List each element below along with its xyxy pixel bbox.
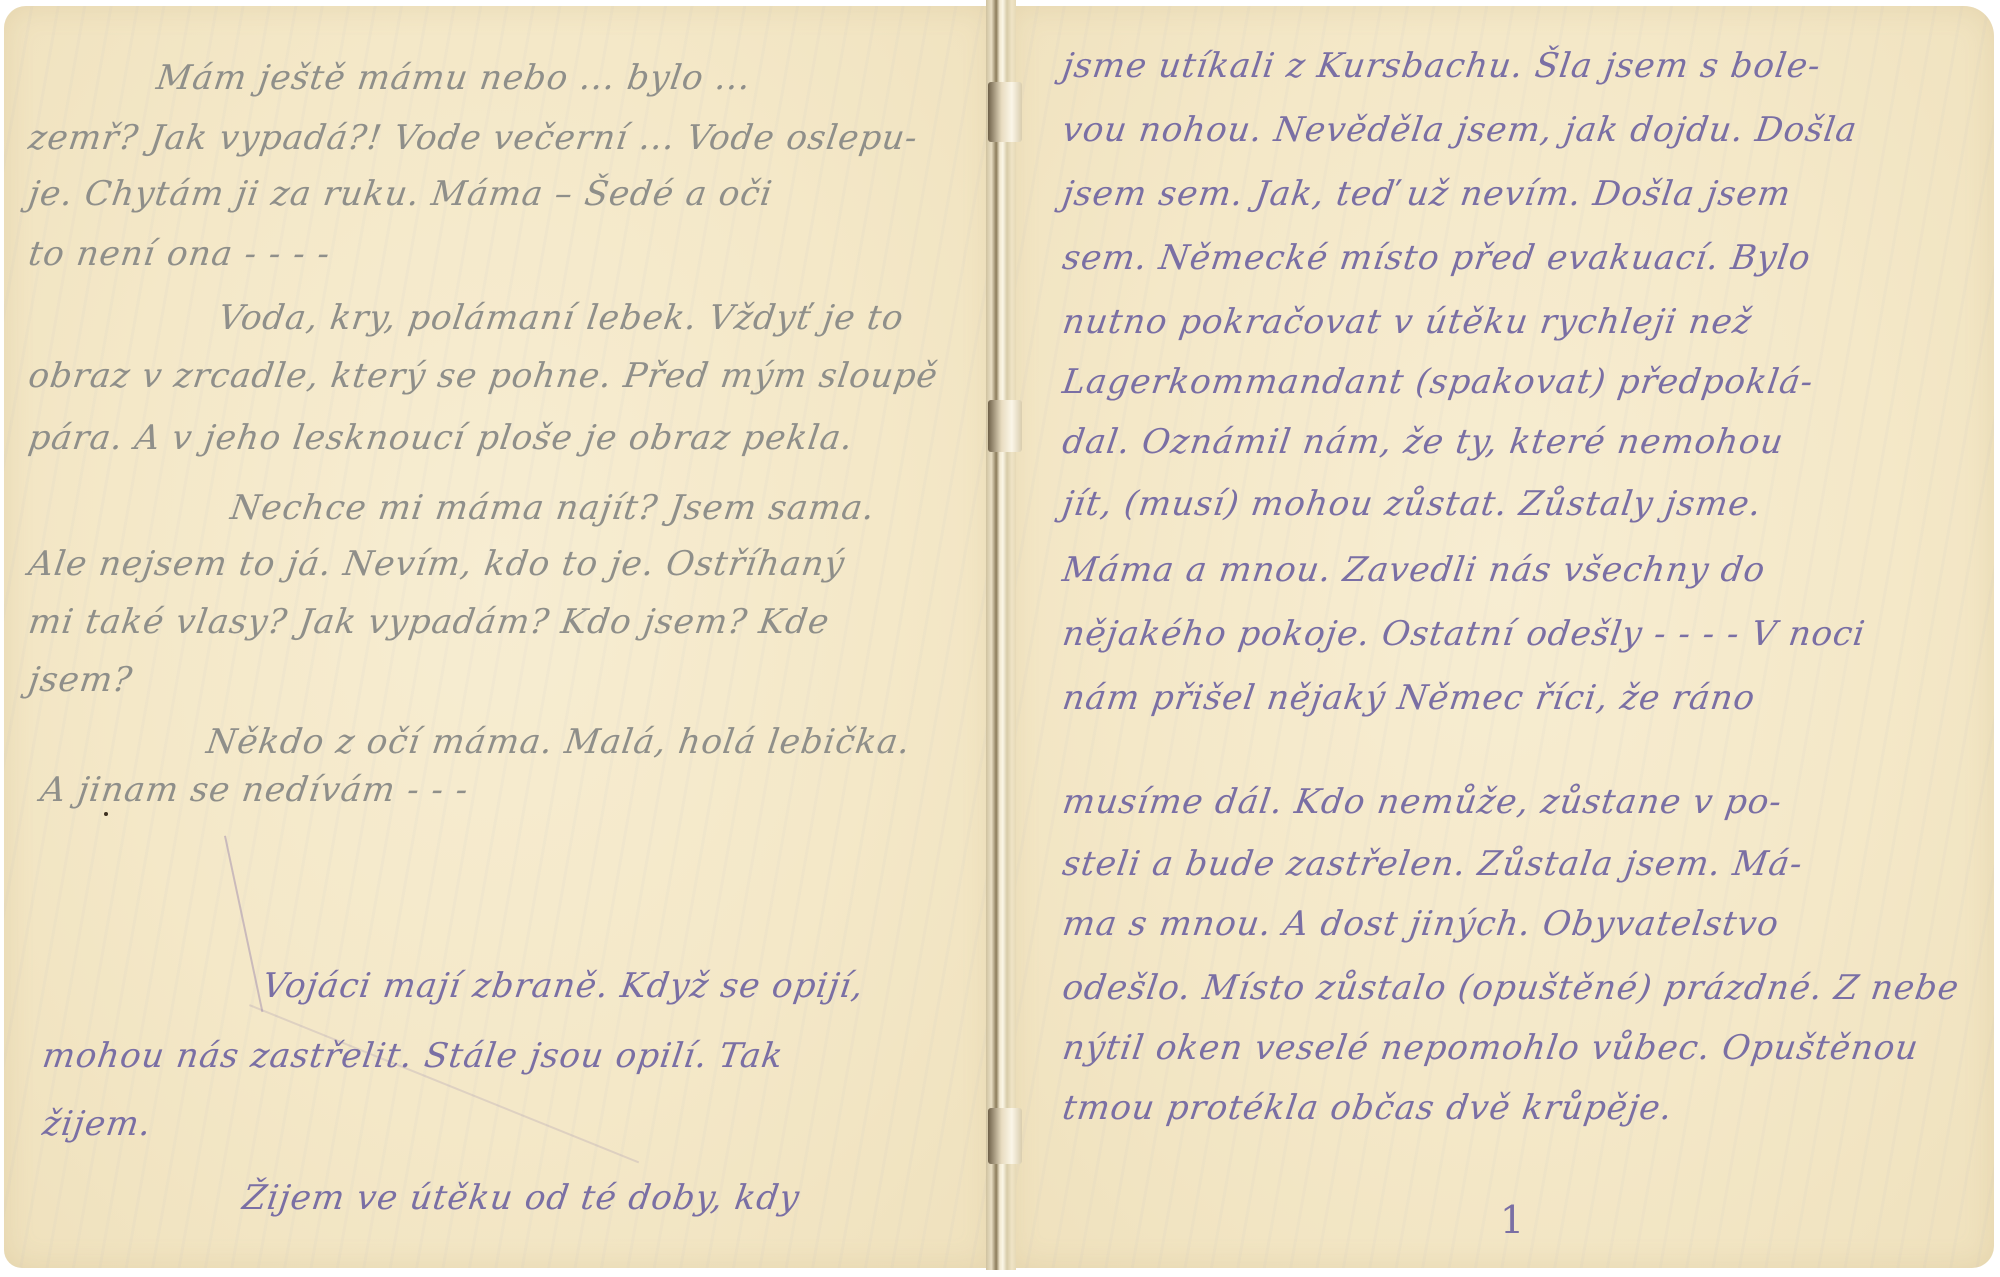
handwritten-line: jsem? [26, 660, 135, 700]
notebook-spread: Mám ještě mámu nebo ... bylo ... zemř? J… [0, 0, 2000, 1277]
handwritten-line: odešlo. Místo zůstalo (opuštěné) prázdné… [1060, 968, 1962, 1008]
page-number: 1 [1500, 1198, 1524, 1242]
handwritten-line: nutno pokračovat v útěku rychleji než [1060, 302, 1755, 342]
handwritten-line: Nechce mi máma najít? Jsem sama. [228, 488, 878, 528]
handwritten-line: nějakého pokoje. Ostatní odešly - - - - … [1060, 614, 1868, 654]
handwritten-line: dal. Oznámil nám, že ty, které nemohou [1060, 422, 1786, 462]
handwritten-line: Voda, kry, polámaní lebek. Vždyť je to [216, 298, 906, 338]
handwritten-line: A jinam se nedívám - - - [38, 770, 471, 810]
handwritten-line: Mám ještě mámu nebo ... bylo ... [154, 58, 754, 98]
handwritten-line: Máma a mnou. Zavedli nás všechny do [1060, 550, 1768, 590]
right-page-text: jsme utíkali z Kursbachu. Šla jsem s bol… [1010, 6, 1994, 1268]
left-page: Mám ještě mámu nebo ... bylo ... zemř? J… [4, 6, 992, 1268]
handwritten-line: žijem. [40, 1104, 154, 1144]
handwritten-line: sem. Německé místo před evakuací. Bylo [1060, 238, 1814, 278]
left-page-text: Mám ještě mámu nebo ... bylo ... zemř? J… [4, 6, 992, 1268]
handwritten-line: nám přišel nějaký Němec říci, že ráno [1060, 678, 1758, 718]
handwritten-line: vou nohou. Nevěděla jsem, jak dojdu. Doš… [1060, 110, 1860, 150]
handwritten-line: nýtil oken veselé nepomohlo vůbec. Opušt… [1060, 1028, 1921, 1068]
handwritten-line: obraz v zrcadle, který se pohne. Před mý… [26, 356, 941, 396]
handwritten-line: ma s mnou. A dost jiných. Obyvatelstvo [1060, 904, 1782, 944]
binding-staple [988, 1108, 1022, 1164]
handwritten-line: Ale nejsem to já. Nevím, kdo to je. Ostř… [26, 544, 848, 584]
right-page: jsme utíkali z Kursbachu. Šla jsem s bol… [1010, 6, 1994, 1268]
handwritten-line: jsme utíkali z Kursbachu. Šla jsem s bol… [1060, 46, 1823, 86]
handwritten-line: zemř? Jak vypadá?! Vode večerní ... Vode… [26, 118, 920, 158]
handwritten-line: Vojáci mají zbraně. Když se opijí, [260, 966, 866, 1006]
handwritten-line: pára. A v jeho lesknoucí ploše je obraz … [26, 418, 856, 458]
handwritten-line: Někdo z očí máma. Malá, holá lebička. [204, 722, 913, 762]
binding-staple [988, 82, 1022, 142]
binding-staple [988, 400, 1022, 452]
handwritten-line: steli a bude zastřelen. Zůstala jsem. Má… [1060, 844, 1805, 884]
handwritten-line: mi také vlasy? Jak vypadám? Kdo jsem? Kd… [26, 602, 832, 642]
handwritten-line: jsem sem. Jak, teď už nevím. Došla jsem [1060, 174, 1794, 214]
notebook-spine [986, 0, 1016, 1270]
handwritten-line: jít, (musí) mohou zůstat. Zůstaly jsme. [1060, 484, 1764, 524]
handwritten-line: Žijem ve útěku od té doby, kdy [240, 1178, 802, 1218]
handwritten-line: musíme dál. Kdo nemůže, zůstane v po- [1060, 782, 1785, 822]
handwritten-line: Lagerkommandant (spakovat) předpoklá- [1060, 362, 1816, 402]
handwritten-line: je. Chytám ji za ruku. Máma – Šedé a oči [26, 174, 775, 214]
handwritten-line: to není ona - - - - [26, 234, 333, 274]
handwritten-line: tmou protékla občas dvě krůpěje. [1060, 1088, 1675, 1128]
ink-spot [104, 812, 108, 816]
